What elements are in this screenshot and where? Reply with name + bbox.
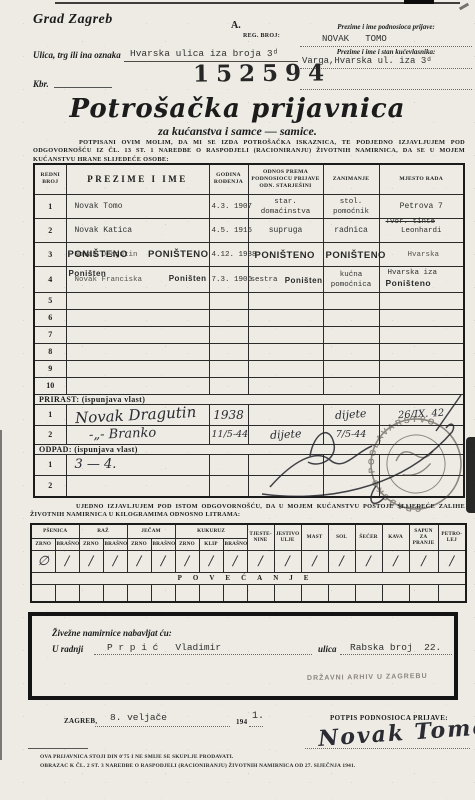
rule: [300, 89, 472, 90]
supplier-box: Živežne namirnice nabavljat ću: U radnji…: [28, 612, 458, 700]
row-num: 3: [34, 242, 66, 266]
supply-value: /: [328, 550, 355, 572]
reg-number-stamp: 152594: [193, 59, 331, 87]
prirast-name: Novak Dragutin: [74, 402, 196, 426]
ulica-label: ulica: [318, 644, 337, 654]
scan-corner-mark: [459, 3, 469, 11]
empty-cell: [66, 343, 209, 360]
empty-cell: [248, 475, 323, 497]
prirast-row: 1 Novak Dragutin 1938 dijete 26/IX. 42: [34, 404, 464, 425]
col-secer: ŠEĆER: [355, 524, 382, 550]
shop-name-value: P r p i ć Vladimir: [107, 642, 221, 653]
empty-cell: [323, 309, 379, 326]
empty-cell: [66, 309, 209, 326]
rule: [300, 46, 472, 47]
ponisten-stamp: Poništen: [169, 274, 207, 283]
member-relation: sestra: [251, 276, 278, 284]
empty-cell: [379, 360, 464, 377]
empty-cell: [379, 292, 464, 309]
supplies-empty-row: [31, 584, 466, 602]
member-row-empty: 9: [34, 360, 464, 377]
ponisteno-stamp: PONIŠTENO: [326, 250, 386, 261]
rule: [95, 726, 230, 727]
member-row: 1 Novak Tomo 4.3. 1907 star. domaćinstva…: [34, 194, 464, 218]
supplier-line1: Živežne namirnice nabavljat ću:: [52, 628, 172, 638]
ponisteno-stamp: PONIŠTENO: [255, 250, 315, 261]
supply-value: /: [223, 550, 247, 572]
empty-cell: [323, 360, 379, 377]
povecanje-row: POVEĆANJE: [31, 572, 466, 584]
empty-cell: [31, 584, 55, 602]
household-members-table: REDNI BROJ PREZIME I IME GODINA ROĐENJA …: [33, 163, 465, 498]
empty-cell: [66, 292, 209, 309]
col-mast: MAST: [301, 524, 328, 550]
empty-cell: [379, 454, 464, 475]
prirast-label-row: PRIRAST: (ispunjava vlast): [34, 394, 464, 404]
landlord-label: Prezime i ime i stan kućevlasnika:: [300, 48, 472, 56]
ponisten-stamp: Poništen: [69, 269, 107, 278]
row-num: 1: [34, 404, 66, 425]
empty-cell: [248, 292, 323, 309]
empty-cell: [323, 292, 379, 309]
group-jecam: JEČAM: [127, 524, 175, 538]
prirast-birth: 11/5-44: [212, 429, 249, 440]
intro-paragraph: POTPISANI OVIM MOLIM, DA MI SE IZDA POTR…: [33, 139, 465, 164]
sub-brasno: BRAŠNO: [151, 538, 175, 550]
ponisteno-stamp: PONIŠTENO: [68, 249, 128, 260]
col-jestivo-ulje: JESTIVO ULJE: [274, 524, 301, 550]
empty-cell: [209, 454, 248, 475]
member-row: 2 Novak Katica 4.5. 1915 supruga radnica…: [34, 218, 464, 242]
sub-zrno: ZRNO: [127, 538, 151, 550]
empty-cell: [323, 454, 379, 475]
row-num: 9: [34, 360, 66, 377]
empty-cell: [151, 584, 175, 602]
row-num: 2: [34, 425, 66, 444]
sub-klip: KLIP: [199, 538, 223, 550]
empty-cell: [323, 377, 379, 394]
prirast-label: PRIRAST: (ispunjava vlast): [34, 394, 464, 404]
empty-cell: [409, 584, 438, 602]
applicant-label: Prezime i ime podnosioca prijave:: [300, 23, 472, 31]
empty-cell: [66, 377, 209, 394]
city-name: Grad Zagreb: [33, 12, 113, 28]
empty-cell: [209, 292, 248, 309]
sub-brasno: BRAŠNO: [103, 538, 127, 550]
member-occupation: kućna pomoćnica: [331, 271, 372, 289]
shop-street-value: Rabska broj 22.: [350, 642, 441, 653]
row-num: 6: [34, 309, 66, 326]
col-petrolej: PETRO-LEJ: [438, 524, 466, 550]
member-birth: 4.5. 1915: [212, 227, 253, 235]
empty-cell: [223, 584, 247, 602]
supplies-intro: UJEDNO IZJAVLJUJEM POD ISTOM ODGOVORNOŠĆ…: [30, 503, 465, 520]
empty-cell: [274, 584, 301, 602]
odpad-row: 2: [34, 475, 464, 497]
empty-cell: [209, 326, 248, 343]
footer-date-value: 8. veljače: [110, 712, 167, 723]
empty-cell: [379, 309, 464, 326]
empty-cell: [248, 377, 323, 394]
footer-year-prefix: 194: [236, 718, 247, 726]
empty-cell: [323, 343, 379, 360]
supply-value: /: [103, 550, 127, 572]
empty-cell: [323, 475, 379, 497]
member-occupation: stol. pomoćnik: [333, 198, 369, 216]
prirast-name: -„- Branko: [74, 426, 156, 444]
member-name: Novak Tomo: [75, 202, 123, 211]
col-header-name: PREZIME I IME: [66, 164, 209, 194]
scan-left-edge: [0, 430, 2, 760]
row-num: 5: [34, 292, 66, 309]
scan-right-blot: [466, 437, 475, 513]
member-row-cancelled: 3 Novak Dragutin PONIŠTENO PONIŠTENO 4.1…: [34, 242, 464, 266]
empty-cell: [438, 584, 466, 602]
empty-cell: [382, 584, 409, 602]
member-workplace: Petrova 7: [400, 202, 443, 211]
group-kukuruz: KUKURUZ: [175, 524, 247, 538]
col-kava: KAVA: [382, 524, 409, 550]
supplies-table: PŠENICA RAŽ JEČAM KUKURUZ TJESTE-NINE JE…: [30, 523, 467, 603]
empty-cell: [103, 584, 127, 602]
member-workplace: Hvarska: [408, 251, 440, 259]
col-header-relation: ODNOS PREMA PODNOSIOCU PRIJAVE ODN. STAR…: [248, 164, 323, 194]
fine-print-line1: OVA PRIJAVNICA STOJI DIN 0'75 I NE SMIJE…: [40, 753, 440, 762]
row-num: 10: [34, 377, 66, 394]
empty-cell: [209, 360, 248, 377]
street-label: Ulica, trg ili ina oznaka: [33, 50, 121, 60]
ponisteno-stamp: PONIŠTENO: [148, 249, 208, 260]
empty-cell: [379, 343, 464, 360]
supply-value: /: [438, 550, 466, 572]
member-row-empty: 6: [34, 309, 464, 326]
empty-cell: [248, 309, 323, 326]
empty-cell: [209, 475, 248, 497]
member-occupation: radnica: [334, 226, 368, 235]
member-workplace: Hvarska iza: [388, 269, 438, 277]
group-raz: RAŽ: [79, 524, 127, 538]
rule: [94, 654, 312, 655]
prirast-occupation: dijete: [335, 407, 367, 422]
member-relation: supruga: [269, 226, 303, 235]
odpad-label-row: ODPAD: (ispunjava vlast): [34, 444, 464, 454]
rule: [340, 654, 452, 655]
group-psenica: PŠENICA: [31, 524, 79, 538]
empty-cell: [209, 377, 248, 394]
form-title: Potrošačka prijavnica: [0, 94, 475, 124]
prirast-occupation: 7/5-44: [336, 429, 367, 440]
section-letter: A.: [231, 20, 241, 31]
empty-cell: [247, 584, 274, 602]
povecanje-label: POVEĆANJE: [31, 572, 466, 584]
sub-zrno: ZRNO: [31, 538, 55, 550]
row-num: 2: [34, 218, 66, 242]
supplies-values-row: ∅ / / / / / / / / / / / / / / / /: [31, 550, 466, 572]
col-tjestenine: TJESTE-NINE: [247, 524, 274, 550]
odpad-row: 1 3 — 4.: [34, 454, 464, 475]
col-sapun: SAPUN ZA PRANJE: [409, 524, 438, 550]
empty-cell: [209, 343, 248, 360]
sub-zrno: ZRNO: [79, 538, 103, 550]
sub-brasno: BRAŠNO: [223, 538, 247, 550]
rule: [249, 726, 263, 727]
fine-print: OVA PRIJAVNICA STOJI DIN 0'75 I NE SMIJE…: [40, 753, 440, 771]
row-num: 7: [34, 326, 66, 343]
col-header-workplace: MJESTO RADA: [379, 164, 464, 194]
empty-cell: [66, 326, 209, 343]
empty-cell: [355, 584, 382, 602]
empty-cell: [55, 584, 79, 602]
col-sol: SOL: [328, 524, 355, 550]
empty-cell: [248, 326, 323, 343]
supply-value: /: [247, 550, 274, 572]
row-num: 1: [34, 194, 66, 218]
empty-cell: [379, 475, 464, 497]
row-num: 8: [34, 343, 66, 360]
empty-cell: [301, 584, 328, 602]
member-birth: 4.3. 1907: [212, 203, 253, 211]
supply-value: /: [175, 550, 199, 572]
supply-value: /: [274, 550, 301, 572]
ponisten-stamp: Poništen: [285, 276, 323, 285]
member-relation: star. domaćinstva: [261, 198, 311, 216]
footer-year-value: 1.: [252, 711, 264, 722]
col-header-num: REDNI BROJ: [34, 164, 66, 194]
prirast-relation: dijete: [269, 427, 301, 442]
prirast-birth: 1938: [213, 408, 244, 422]
member-row-empty: 7: [34, 326, 464, 343]
member-workplace-struck: Tvor. tinte: [386, 218, 436, 226]
supply-value: ∅: [31, 550, 55, 572]
supply-value: /: [409, 550, 438, 572]
supply-value: /: [355, 550, 382, 572]
supply-value: /: [301, 550, 328, 572]
supply-value: /: [55, 550, 79, 572]
empty-cell: [248, 454, 323, 475]
kbr-line: [54, 87, 112, 88]
member-row-empty: 5: [34, 292, 464, 309]
empty-cell: [66, 360, 209, 377]
prirast-date: 26/IX. 42: [398, 408, 445, 421]
odpad-value: 3 — 4.: [75, 457, 117, 472]
scan-edge-line: [55, 2, 460, 4]
row-num: 1: [34, 454, 66, 475]
sub-brasno: BRAŠNO: [55, 538, 79, 550]
supplies-group-header-row: PŠENICA RAŽ JEČAM KUKURUZ TJESTE-NINE JE…: [31, 524, 466, 538]
empty-cell: [323, 326, 379, 343]
empty-cell: [379, 326, 464, 343]
empty-cell: [248, 343, 323, 360]
member-row-empty: 10: [34, 377, 464, 394]
u-radnji-label: U radnji: [52, 644, 83, 654]
col-header-occupation: ZANIMANJE: [323, 164, 379, 194]
footer-city: ZAGREB,: [64, 717, 97, 725]
supply-value: /: [151, 550, 175, 572]
scan-mark: [404, 0, 434, 4]
ponisteno-stamp: Poništeno: [386, 278, 432, 288]
reg-broj-label: REG. BROJ:: [243, 33, 280, 39]
empty-cell: [209, 309, 248, 326]
odpad-label: ODPAD: (ispunjava vlast): [34, 444, 464, 454]
table-header-row: REDNI BROJ PREZIME I IME GODINA ROĐENJA …: [34, 164, 464, 194]
archive-stamp-text: DRŽAVNI ARHIV U ZAGREBU: [307, 673, 428, 682]
empty-cell: [328, 584, 355, 602]
member-workplace: Leonhardi: [401, 227, 442, 235]
col-header-birth: GODINA ROĐENJA: [209, 164, 248, 194]
member-row-cancelled: 4 Novak Franciska Poništen Poništen 7.3.…: [34, 266, 464, 292]
rule: [28, 748, 88, 749]
kbr-label: Kbr.: [33, 79, 49, 89]
supply-value: /: [127, 550, 151, 572]
sub-zrno: ZRNO: [175, 538, 199, 550]
row-num: 2: [34, 475, 66, 497]
empty-cell: [379, 377, 464, 394]
member-row-empty: 8: [34, 343, 464, 360]
applicant-value: NOVAK TOMO: [322, 34, 387, 44]
supply-value: /: [199, 550, 223, 572]
street-value: Hvarska ulica iza broja 3ᵈ: [130, 48, 278, 59]
fine-print-line2: OBRAZAC K ČL. 2 ST. 3 NAREDBE O RASPODJE…: [40, 762, 440, 771]
scanned-form-page: Grad Zagreb A. REG. BROJ: Prezime i ime …: [0, 0, 475, 800]
row-num: 4: [34, 266, 66, 292]
empty-cell: [79, 584, 103, 602]
form-subtitle: za kućanstva i samce — samice.: [0, 124, 475, 139]
supply-value: /: [79, 550, 103, 572]
empty-cell: [248, 360, 323, 377]
supply-value: /: [382, 550, 409, 572]
empty-cell: [127, 584, 151, 602]
empty-cell: [175, 584, 199, 602]
member-birth: 7.3. 1906: [212, 276, 253, 284]
rule: [305, 748, 470, 749]
empty-cell: [199, 584, 223, 602]
prirast-row: 2 -„- Branko 11/5-44 dijete 7/5-44: [34, 425, 464, 444]
member-name: Novak Katica: [75, 226, 133, 235]
